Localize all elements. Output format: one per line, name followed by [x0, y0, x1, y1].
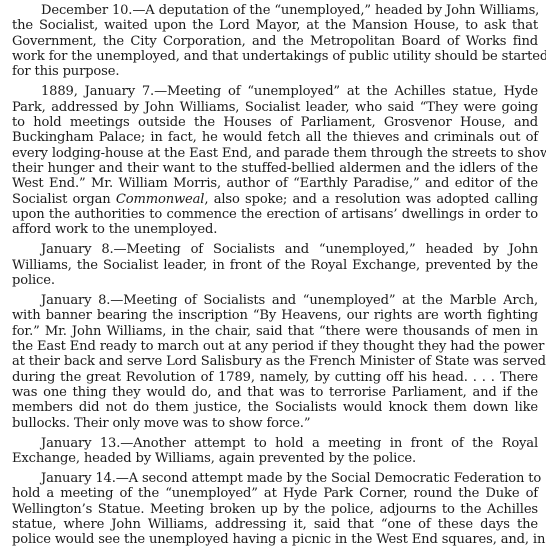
- text-line: January 14.—A second attempt made by the…: [12, 471, 538, 486]
- text-line: every lodging-house at the East End, and…: [12, 146, 538, 161]
- paragraph-1889-january-7: 1889, January 7.—Meeting of “unemployed”…: [12, 84, 538, 237]
- text-line-with-italic: Socialist organ Commonweal, also spoke; …: [12, 192, 538, 207]
- text-line: upon the authorities to commence the ere…: [12, 207, 538, 222]
- text-line: bullocks. Their only move was to show fo…: [12, 416, 538, 431]
- text-line: for this purpose.: [12, 64, 538, 79]
- text-line: Government, the City Corporation, and th…: [12, 34, 538, 49]
- text-line: the Socialist, waited upon the Lord Mayo…: [12, 18, 538, 33]
- text-line: was one thing they would do, and that wa…: [12, 385, 538, 400]
- text-line: police.: [12, 273, 538, 288]
- text-line: Buckingham Palace; in fact, he would fet…: [12, 130, 538, 145]
- paragraph-january-8-marble-arch: January 8.—Meeting of Socialists and “un…: [12, 293, 538, 431]
- text-line: Exchange, headed by Williams, again prev…: [12, 451, 538, 466]
- text-line: with banner bearing the inscription “By …: [12, 308, 538, 323]
- text-segment: , also spoke; and a resolution was adopt…: [204, 192, 538, 207]
- text-line: December 10.—A deputation of the “unempl…: [12, 3, 538, 18]
- text-line: police would see the unemployed having a…: [12, 532, 538, 547]
- text-line: Park, addressed by John Williams, Social…: [12, 100, 538, 115]
- text-line: West End.” Mr. William Morris, author of…: [12, 176, 538, 191]
- text-line: during the great Revolution of 1789, nam…: [12, 370, 538, 385]
- text-line: to hold meetings outside the Houses of P…: [12, 115, 538, 130]
- text-line: 1889, January 7.—Meeting of “unemployed”…: [12, 84, 538, 99]
- text-line: statue, where John Williams, addressing …: [12, 517, 538, 532]
- publication-title-commonweal: Commonweal: [116, 192, 205, 207]
- text-line: members did not do them justice, the Soc…: [12, 400, 538, 415]
- paragraph-january-8-royal-exchange: January 8.—Meeting of Socialists and “un…: [12, 242, 538, 288]
- text-line: work for the unemployed, and that undert…: [12, 49, 538, 64]
- paragraph-january-14: January 14.—A second attempt made by the…: [12, 471, 538, 547]
- text-line: January 8.—Meeting of Socialists and “un…: [12, 242, 538, 257]
- text-line: afford work to the unemployed.: [12, 222, 538, 237]
- paragraph-january-13: January 13.—Another attempt to hold a me…: [12, 436, 538, 467]
- text-line: at their back and serve Lord Salisbury a…: [12, 354, 538, 369]
- text-line: January 13.—Another attempt to hold a me…: [12, 436, 538, 451]
- text-line: their hunger and their want to the stuff…: [12, 161, 538, 176]
- text-line: for.” Mr. John Williams, in the chair, s…: [12, 324, 538, 339]
- text-line: Wellington’s Statue. Meeting broken up b…: [12, 502, 538, 517]
- text-line: January 8.—Meeting of Socialists and “un…: [12, 293, 538, 308]
- paragraph-december-10: December 10.—A deputation of the “unempl…: [12, 3, 538, 80]
- text-line: hold a meeting of the “unemployed” at Hy…: [12, 486, 538, 501]
- text-segment: Socialist organ: [12, 192, 116, 207]
- text-line: Williams, the Socialist leader, in front…: [12, 258, 538, 273]
- text-line: the East End ready to march out at any p…: [12, 339, 538, 354]
- document-page: December 10.—A deputation of the “unempl…: [12, 3, 538, 547]
